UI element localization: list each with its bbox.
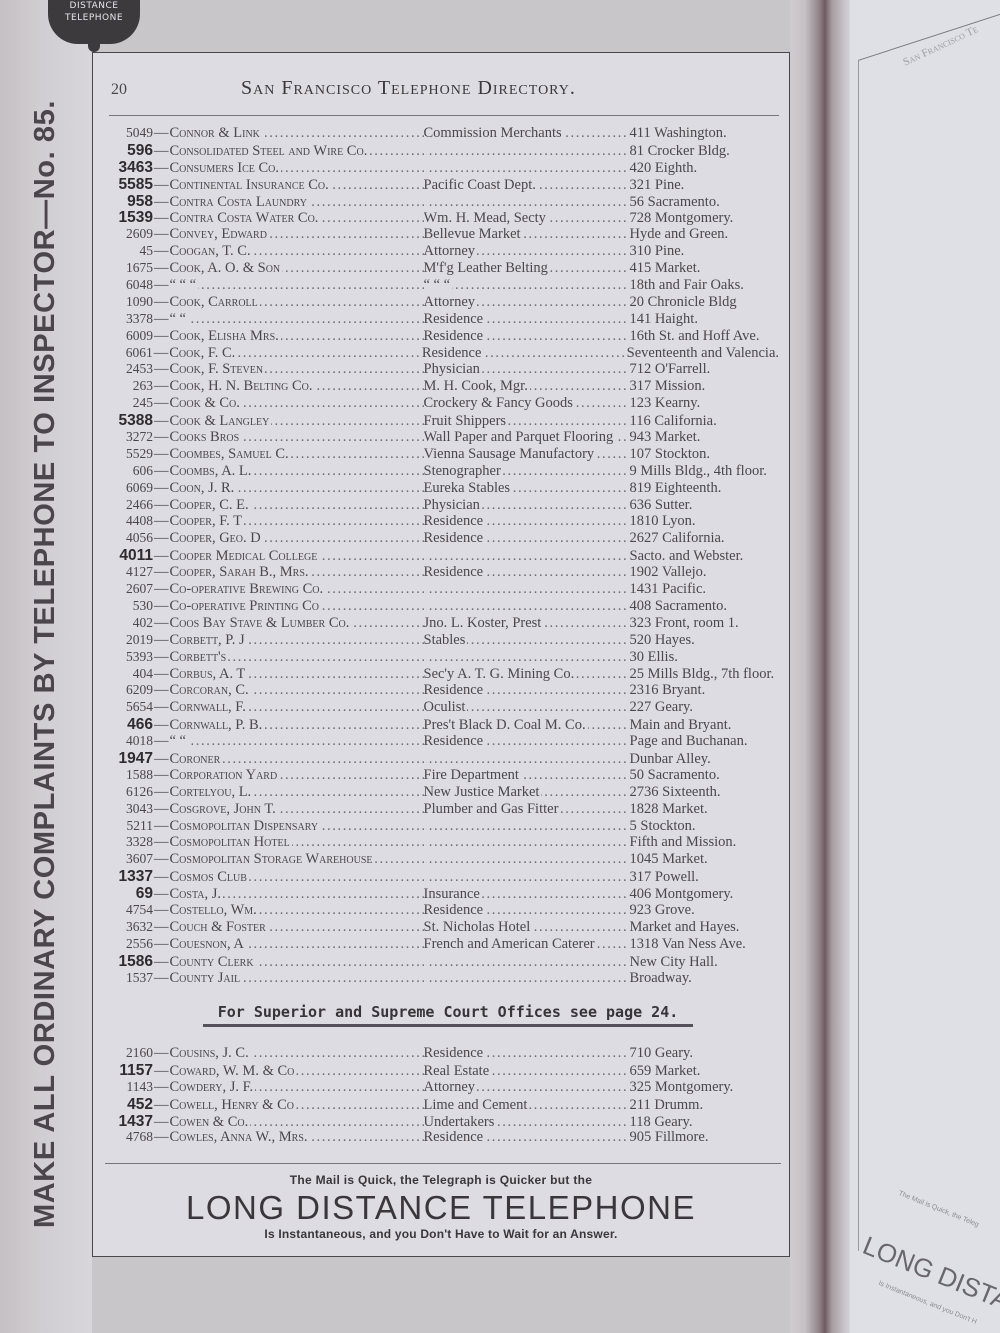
subscriber-name: Cook, Elisha Mrs. <box>170 328 424 345</box>
address: 636 Sutter. <box>628 497 693 514</box>
phone-number: 1337 <box>107 868 153 885</box>
subscriber-name: Corbett's <box>170 649 424 666</box>
phone-number: 6061 <box>107 345 153 361</box>
occupation <box>424 751 628 767</box>
phone-number: 3272 <box>107 429 153 445</box>
phone-number: 4127 <box>107 564 153 580</box>
subscriber-name: Consolidated Steel and Wire Co. <box>170 143 424 159</box>
occupation <box>424 581 628 598</box>
phone-number: 3463 <box>107 159 153 176</box>
phone-number: 4768 <box>107 1129 153 1145</box>
occupation <box>424 970 628 987</box>
separator-dash: — <box>153 497 170 514</box>
occupation: Residence <box>422 345 625 362</box>
subscriber-name: County Jail <box>170 970 424 987</box>
subscriber-name: Cook, Carroll <box>170 294 424 311</box>
address: 16th St. and Hoff Ave. <box>628 328 760 345</box>
subscriber-name: Cook, F. Steven <box>170 361 424 378</box>
address: 227 Geary. <box>628 699 693 716</box>
address: 520 Hayes. <box>628 632 695 649</box>
occupation: Residence <box>424 328 628 345</box>
address: 20 Chronicle Bldg <box>628 294 737 311</box>
address: 710 Geary. <box>628 1045 693 1062</box>
directory-entry: 3378—“ “Residence141 Haight. <box>107 311 779 328</box>
phone-number: 4011 <box>107 547 153 564</box>
occupation: French and American Caterer <box>424 936 628 953</box>
subscriber-name: Cortelyou, L. <box>170 784 424 801</box>
occupation: Wm. H. Mead, Secty <box>424 210 628 226</box>
address: Seventeenth and Valencia. <box>625 345 779 362</box>
subscriber-name: Cowles, Anna W., Mrs. <box>170 1129 424 1146</box>
phone-number: 5211 <box>107 818 153 834</box>
separator-dash: — <box>153 395 170 412</box>
separator-dash: — <box>153 345 170 362</box>
occupation <box>424 954 628 970</box>
address: 310 Pine. <box>628 243 685 260</box>
phone-number: 3607 <box>107 851 153 867</box>
occupation: Residence <box>424 530 628 547</box>
address: 1431 Pacific. <box>628 581 707 598</box>
subscriber-name: Cosmos Club <box>170 869 424 885</box>
address: Fifth and Mission. <box>628 834 737 851</box>
subscriber-name: Costa, J. <box>170 886 424 902</box>
occupation: Residence <box>424 1129 628 1146</box>
subscriber-name: Corbus, A. T <box>170 666 424 683</box>
directory-entry: 3328—Cosmopolitan HotelFifth and Mission… <box>107 834 779 851</box>
subscriber-name: Coon, J. R. <box>170 480 424 497</box>
address: Market and Hayes. <box>628 919 740 936</box>
phone-number: 6209 <box>107 682 153 698</box>
page-number: 20 <box>111 81 127 99</box>
address: 118 Geary. <box>628 1114 693 1130</box>
directory-entry: 6069—Coon, J. R.Eureka Stables819 Eighte… <box>107 480 779 497</box>
separator-dash: — <box>153 361 170 378</box>
occupation: M. H. Cook, Mgr. <box>424 378 628 395</box>
court-offices-notice: For Superior and Supreme Court Offices s… <box>203 1003 693 1027</box>
subscriber-name: Cosmopolitan Dispensary <box>170 818 424 835</box>
directory-entry: 6209—Corcoran, C.Residence2316 Bryant. <box>107 682 779 699</box>
directory-entry: 3463—Consumers Ice Co.420 Eighth. <box>107 159 779 176</box>
phone-number: 606 <box>107 463 153 479</box>
phone-number: 3328 <box>107 834 153 850</box>
occupation: Fruit Shippers <box>424 413 628 429</box>
phone-number: 6009 <box>107 328 153 344</box>
subscriber-name: Coombes, Samuel C. <box>170 446 424 463</box>
subscriber-name: Convey, Edward <box>170 226 424 243</box>
separator-dash: — <box>153 480 170 497</box>
subscriber-name: Cooper, C. E. <box>170 497 424 514</box>
address: 1902 Vallejo. <box>628 564 707 581</box>
subscriber-name: Cooper Medical College <box>170 548 424 564</box>
subscriber-name: Cook & Langley <box>170 413 424 429</box>
address: 317 Powell. <box>628 869 699 885</box>
address: 728 Montgomery. <box>628 210 734 226</box>
occupation <box>424 649 628 666</box>
directory-entry: 69—Costa, J.Insurance406 Montgomery. <box>107 885 779 902</box>
address: 1828 Market. <box>628 801 708 818</box>
directory-entry: 452—Cowell, Henry & CoLime and Cement211… <box>107 1096 779 1113</box>
address: Hyde and Green. <box>628 226 729 243</box>
address: 411 Washington. <box>628 125 727 142</box>
occupation: Oculist <box>424 699 628 716</box>
separator-dash: — <box>153 818 170 835</box>
separator-dash: — <box>153 413 170 429</box>
directory-entry: 1539—Contra Costa Water Co.Wm. H. Mead, … <box>107 209 779 226</box>
phone-number: 4056 <box>107 530 153 546</box>
directory-entry: 245—Cook & Co.Crockery & Fancy Goods123 … <box>107 395 779 412</box>
subscriber-name: Coward, W. M. & Co <box>170 1063 424 1079</box>
address: 819 Eighteenth. <box>628 480 722 497</box>
logo-line-2: TELEPHONE <box>48 12 140 24</box>
separator-dash: — <box>153 1129 170 1146</box>
separator-dash: — <box>153 243 170 260</box>
separator-dash: — <box>153 767 170 784</box>
subscriber-name: Corporation Yard <box>170 767 424 784</box>
address: 9 Mills Bldg., 4th floor. <box>628 463 767 480</box>
separator-dash: — <box>153 429 170 446</box>
phone-number: 245 <box>107 395 153 411</box>
directory-entry: 4408—Cooper, F. TResidence1810 Lyon. <box>107 513 779 530</box>
phone-number: 69 <box>107 885 153 902</box>
separator-dash: — <box>153 548 170 564</box>
address: 25 Mills Bldg., 7th floor. <box>628 666 775 683</box>
occupation: Physician <box>424 497 628 514</box>
directory-entry: 1143—Cowdery, J. F.Attorney325 Montgomer… <box>107 1079 779 1096</box>
directory-entry: 4754—Costello, Wm.Residence923 Grove. <box>107 902 779 919</box>
occupation <box>424 851 628 868</box>
subscriber-name: Corcoran, C. <box>170 682 424 699</box>
occupation: New Justice Market <box>424 784 628 801</box>
phone-number: 1143 <box>107 1079 153 1095</box>
subscriber-name: Cook, F. C. <box>169 345 422 362</box>
phone-number: 1586 <box>107 953 153 970</box>
page-title: San Francisco Telephone Directory. <box>241 77 576 100</box>
occupation: Eureka Stables <box>424 480 628 497</box>
directory-listing-continued: 2160—Cousins, J. C.Residence710 Geary.11… <box>107 1045 779 1146</box>
separator-dash: — <box>153 970 170 987</box>
directory-entry: 958—Contra Costa Laundry56 Sacramento. <box>107 193 779 210</box>
separator-dash: — <box>153 463 170 480</box>
address: 905 Fillmore. <box>628 1129 709 1146</box>
side-slogan: MAKE ALL ORDINARY COMPLAINTS BY TELEPHON… <box>20 88 70 1228</box>
directory-entry: 3607—Cosmopolitan Storage Warehouse1045 … <box>107 851 779 868</box>
subscriber-name: Cornwall, F. <box>170 699 424 716</box>
separator-dash: — <box>153 564 170 581</box>
occupation: Crockery & Fancy Goods <box>424 395 628 412</box>
address: 420 Eighth. <box>628 160 698 176</box>
subscriber-name: Cosgrove, John T. <box>170 801 424 818</box>
phone-number: 452 <box>107 1096 153 1113</box>
address: 317 Mission. <box>628 378 706 395</box>
directory-entry: 2453—Cook, F. StevenPhysician712 O'Farre… <box>107 361 779 378</box>
occupation <box>424 143 628 159</box>
separator-dash: — <box>153 1097 170 1113</box>
occupation: Pacific Coast Dept. <box>424 177 628 193</box>
directory-entry: 4768—Cowles, Anna W., Mrs.Residence905 F… <box>107 1129 779 1146</box>
subscriber-name: Cowen & Co. <box>170 1114 424 1130</box>
directory-entry: 4011—Cooper Medical CollegeSacto. and We… <box>107 547 779 564</box>
address: New City Hall. <box>628 954 718 970</box>
phone-number: 6048 <box>107 277 153 293</box>
occupation: Residence <box>424 513 628 530</box>
occupation: Undertakers <box>424 1114 628 1130</box>
occupation: Real Estate <box>424 1063 628 1079</box>
address: 50 Sacramento. <box>628 767 720 784</box>
directory-entry: 606—Coombs, A. L.Stenographer9 Mills Bld… <box>107 463 779 480</box>
directory-entry: 1947—CoronerDunbar Alley. <box>107 750 779 767</box>
phone-number: 466 <box>107 716 153 733</box>
separator-dash: — <box>153 699 170 716</box>
address: 943 Market. <box>628 429 701 446</box>
address: 712 O'Farrell. <box>628 361 711 378</box>
directory-entry: 2160—Cousins, J. C.Residence710 Geary. <box>107 1045 779 1062</box>
directory-entry: 6009—Cook, Elisha Mrs.Residence16th St. … <box>107 328 779 345</box>
subscriber-name: Cook, H. N. Belting Co. <box>170 378 424 395</box>
directory-entry: 1437—Cowen & Co.Undertakers118 Geary. <box>107 1113 779 1130</box>
phone-number: 2466 <box>107 497 153 513</box>
separator-dash: — <box>153 682 170 699</box>
occupation: Insurance <box>424 886 628 902</box>
subscriber-name: Couesnon, A <box>170 936 424 953</box>
directory-entry: 1337—Cosmos Club317 Powell. <box>107 868 779 885</box>
occupation: Bellevue Market <box>424 226 628 243</box>
subscriber-name: Cousins, J. C. <box>170 1045 424 1062</box>
directory-entry: 1090—Cook, CarrollAttorney20 Chronicle B… <box>107 294 779 311</box>
address: 30 Ellis. <box>628 649 678 666</box>
subscriber-name: “ “ <box>170 311 424 328</box>
occupation: Attorney <box>424 1079 628 1096</box>
subscriber-name: Cowdery, J. F. <box>170 1079 424 1096</box>
separator-dash: — <box>153 277 170 294</box>
address: 141 Haight. <box>628 311 698 328</box>
directory-entry: 263—Cook, H. N. Belting Co.M. H. Cook, M… <box>107 378 779 395</box>
separator-dash: — <box>153 936 170 953</box>
occupation: St. Nicholas Hotel <box>424 919 628 936</box>
directory-entry: 1537—County JailBroadway. <box>107 970 779 987</box>
subscriber-name: Coombs, A. L. <box>170 463 424 480</box>
address: Sacto. and Webster. <box>628 548 744 564</box>
directory-entry: 1157—Coward, W. M. & CoReal Estate659 Ma… <box>107 1062 779 1079</box>
address: 18th and Fair Oaks. <box>628 277 744 294</box>
phone-number: 5654 <box>107 699 153 715</box>
separator-dash: — <box>153 902 170 919</box>
phone-number: 1157 <box>107 1062 153 1079</box>
address: 923 Grove. <box>628 902 695 919</box>
subscriber-name: Coogan, T. C. <box>170 243 424 260</box>
address: Page and Buchanan. <box>628 733 748 750</box>
occupation: Residence <box>424 682 628 699</box>
subscriber-name: Cook, A. O. & Son <box>170 260 424 277</box>
phone-number: 1675 <box>107 260 153 276</box>
subscriber-name: Couch & Foster <box>170 919 424 936</box>
book-gutter <box>790 0 850 1333</box>
page-header: 20 San Francisco Telephone Directory. <box>93 75 789 105</box>
directory-entry: 3043—Cosgrove, John T.Plumber and Gas Fi… <box>107 801 779 818</box>
occupation <box>424 194 628 210</box>
subscriber-name: Cooper, Sarah B., Mrs. <box>170 564 424 581</box>
address: 123 Kearny. <box>628 395 701 412</box>
separator-dash: — <box>153 869 170 885</box>
phone-number: 596 <box>107 142 153 159</box>
occupation: Plumber and Gas Fitter <box>424 801 628 818</box>
subscriber-name: Cosmopolitan Hotel <box>170 834 424 851</box>
occupation: Wall Paper and Parquet Flooring <box>424 429 628 446</box>
phone-number: 4408 <box>107 513 153 529</box>
occupation <box>424 834 628 851</box>
subscriber-name: Co-operative Brewing Co. <box>170 581 424 598</box>
subscriber-name: Cornwall, P. B. <box>170 717 424 733</box>
directory-entry: 404—Corbus, A. TSec'y A. T. G. Mining Co… <box>107 666 779 683</box>
bell-telephone-logo: DISTANCE TELEPHONE <box>48 0 140 44</box>
occupation: Physician <box>424 361 628 378</box>
occupation: Attorney <box>424 243 628 260</box>
phone-number: 404 <box>107 666 153 682</box>
separator-dash: — <box>153 666 170 683</box>
separator-dash: — <box>153 1045 170 1062</box>
phone-number: 6069 <box>107 480 153 496</box>
directory-entry: 5529—Coombes, Samuel C.Vienna Sausage Ma… <box>107 446 779 463</box>
address: 1045 Market. <box>628 851 708 868</box>
footer-divider <box>105 1163 781 1164</box>
separator-dash: — <box>153 530 170 547</box>
directory-entry: 402—Coos Bay Stave & Lumber Co.Jno. L. K… <box>107 615 779 632</box>
directory-entry: 2019—Corbett, P. JStables520 Hayes. <box>107 632 779 649</box>
directory-entry: 3632—Couch & FosterSt. Nicholas HotelMar… <box>107 919 779 936</box>
directory-entry: 5049—Connor & LinkCommission Merchants41… <box>107 125 779 142</box>
occupation: Fire Department <box>424 767 628 784</box>
separator-dash: — <box>153 801 170 818</box>
address: 406 Montgomery. <box>628 886 734 902</box>
ad-subline: Is Instantaneous, and you Don't Have to … <box>93 1227 789 1241</box>
subscriber-name: Cook & Co. <box>170 395 424 412</box>
directory-entry: 2466—Cooper, C. E.Physician636 Sutter. <box>107 497 779 514</box>
phone-number: 1947 <box>107 750 153 767</box>
occupation: Residence <box>424 902 628 919</box>
address: 81 Crocker Bldg. <box>628 143 730 159</box>
phone-number: 5388 <box>107 412 153 429</box>
phone-number: 3632 <box>107 919 153 935</box>
phone-number: 1588 <box>107 767 153 783</box>
address: Main and Bryant. <box>628 717 732 733</box>
occupation: Lime and Cement <box>424 1097 628 1113</box>
phone-number: 402 <box>107 615 153 631</box>
occupation: Residence <box>424 733 628 750</box>
subscriber-name: County Clerk <box>170 954 424 970</box>
address: 107 Stockton. <box>628 446 711 463</box>
subscriber-name: Connor & Link <box>170 125 424 142</box>
separator-dash: — <box>153 717 170 733</box>
separator-dash: — <box>153 210 170 226</box>
directory-entry: 4056—Cooper, Geo. DResidence2627 Califor… <box>107 530 779 547</box>
separator-dash: — <box>153 851 170 868</box>
address: Broadway. <box>628 970 692 987</box>
subscriber-name: Costello, Wm. <box>170 902 424 919</box>
directory-entry: 1586—County ClerkNew City Hall. <box>107 953 779 970</box>
subscriber-name: Coos Bay Stave & Lumber Co. <box>170 615 424 632</box>
address: 415 Market. <box>628 260 701 277</box>
separator-dash: — <box>153 194 170 210</box>
separator-dash: — <box>153 615 170 632</box>
address: 5 Stockton. <box>628 818 696 835</box>
separator-dash: — <box>153 311 170 328</box>
directory-entry: 2556—Couesnon, AFrench and American Cate… <box>107 936 779 953</box>
address: Dunbar Alley. <box>628 751 711 767</box>
separator-dash: — <box>153 1114 170 1130</box>
directory-entry: 6048—“ “ ““ “ “18th and Fair Oaks. <box>107 277 779 294</box>
directory-entry: 5388—Cook & LangleyFruit Shippers116 Cal… <box>107 412 779 429</box>
separator-dash: — <box>153 294 170 311</box>
directory-entry: 5393—Corbett's30 Ellis. <box>107 649 779 666</box>
phone-number: 5585 <box>107 176 153 193</box>
phone-number: 2453 <box>107 361 153 377</box>
separator-dash: — <box>153 954 170 970</box>
directory-entry: 5585—Continental Insurance Co.Pacific Co… <box>107 176 779 193</box>
separator-dash: — <box>153 226 170 243</box>
subscriber-name: Corbett, P. J <box>170 632 424 649</box>
separator-dash: — <box>153 260 170 277</box>
directory-entry: 4127—Cooper, Sarah B., Mrs.Residence1902… <box>107 564 779 581</box>
subscriber-name: Contra Costa Laundry <box>170 194 424 210</box>
phone-number: 2019 <box>107 632 153 648</box>
phone-number: 530 <box>107 598 153 614</box>
address: 56 Sacramento. <box>628 194 720 210</box>
directory-entry: 5211—Cosmopolitan Dispensary5 Stockton. <box>107 818 779 835</box>
occupation <box>424 548 628 564</box>
directory-page: 20 San Francisco Telephone Directory. 50… <box>92 52 790 1257</box>
address: 211 Drumm. <box>628 1097 704 1113</box>
phone-number: 6126 <box>107 784 153 800</box>
subscriber-name: Cowell, Henry & Co <box>170 1097 424 1113</box>
directory-entry: 45—Coogan, T. C.Attorney310 Pine. <box>107 243 779 260</box>
occupation <box>424 598 628 615</box>
occupation <box>424 818 628 835</box>
logo-line-1: DISTANCE <box>48 0 140 12</box>
header-divider <box>109 115 779 116</box>
address: 1318 Van Ness Ave. <box>628 936 746 953</box>
directory-entry: 1588—Corporation YardFire Department50 S… <box>107 767 779 784</box>
phone-number: 2556 <box>107 936 153 952</box>
separator-dash: — <box>153 328 170 345</box>
phone-number: 5529 <box>107 446 153 462</box>
occupation: Commission Merchants <box>424 125 628 142</box>
subscriber-name: Cosmopolitan Storage Warehouse <box>170 851 424 868</box>
separator-dash: — <box>153 143 170 159</box>
long-distance-advertisement: The Mail is Quick, the Telegraph is Quic… <box>93 1173 789 1241</box>
facing-page: San Francisco Te The Mail is Quick, the … <box>850 0 1000 1333</box>
occupation: Stenographer <box>424 463 628 480</box>
directory-entry: 2609—Convey, EdwardBellevue MarketHyde a… <box>107 226 779 243</box>
ad-tagline: The Mail is Quick, the Telegraph is Quic… <box>93 1173 789 1187</box>
separator-dash: — <box>153 446 170 463</box>
separator-dash: — <box>153 834 170 851</box>
directory-entry: 6061—Cook, F. C.ResidenceSeventeenth and… <box>107 345 779 362</box>
separator-dash: — <box>153 886 170 902</box>
directory-entry: 5654—Cornwall, F.Oculist227 Geary. <box>107 699 779 716</box>
separator-dash: — <box>153 160 170 176</box>
occupation: M'f'g Leather Belting <box>424 260 628 277</box>
phone-number: 4018 <box>107 733 153 749</box>
phone-number: 2609 <box>107 226 153 242</box>
separator-dash: — <box>153 1063 170 1079</box>
address: 2736 Sixteenth. <box>628 784 721 801</box>
occupation: Pres't Black D. Coal M. Co. <box>424 717 628 733</box>
address: 325 Montgomery. <box>628 1079 734 1096</box>
occupation: Residence <box>424 564 628 581</box>
phone-number: 3043 <box>107 801 153 817</box>
subscriber-name: Cooper, F. T <box>170 513 424 530</box>
phone-number: 3378 <box>107 311 153 327</box>
separator-dash: — <box>153 784 170 801</box>
